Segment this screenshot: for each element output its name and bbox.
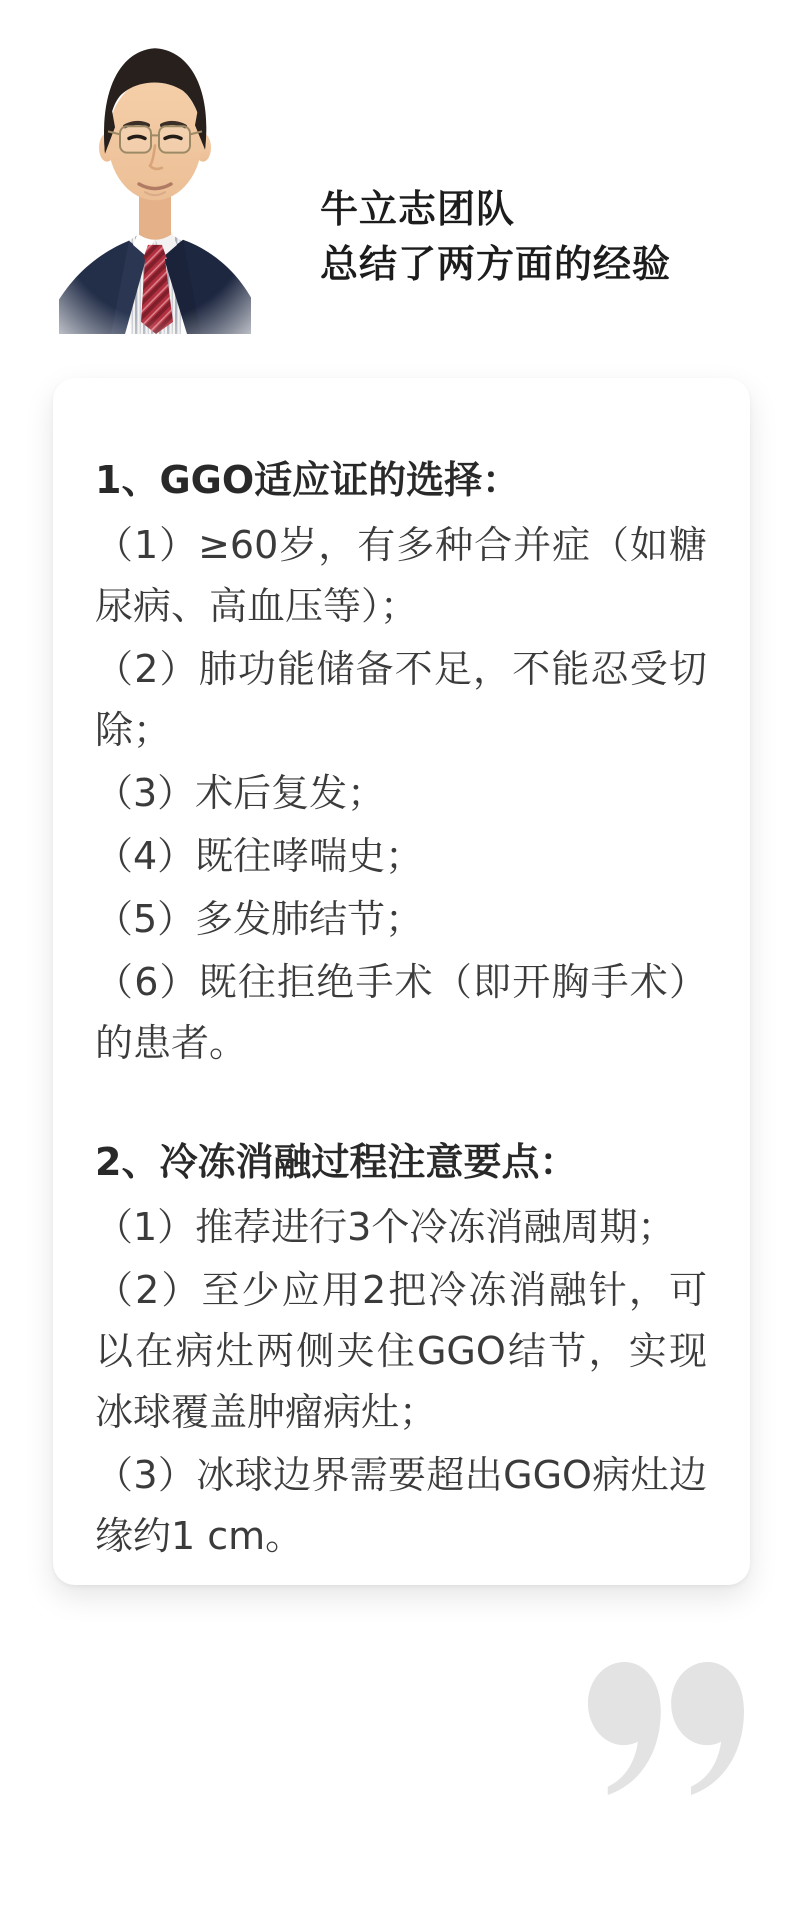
list-item: （1）≥60岁，有多种合并症（如糖尿病、高血压等）； — [95, 515, 707, 637]
closing-double-quote-icon — [588, 1662, 744, 1795]
page-title: 牛立志团队 总结了两方面的经验 — [320, 181, 671, 291]
section-ggo-indications: 1、GGO适应证的选择： （1）≥60岁，有多种合并症（如糖尿病、高血压等）； … — [95, 450, 707, 1074]
doctor-portrait-photo — [55, 30, 255, 334]
title-line-1: 牛立志团队 — [320, 181, 671, 236]
quote-glyph — [588, 1662, 744, 1795]
list-item: （1）推荐进行3个冷冻消融周期； — [95, 1197, 707, 1258]
list-item: （2）肺功能储备不足，不能忍受切除； — [95, 639, 707, 761]
section-cryoablation-points: 2、冷冻消融过程注意要点： （1）推荐进行3个冷冻消融周期； （2）至少应用2把… — [95, 1132, 707, 1567]
article-page: 牛立志团队 总结了两方面的经验 1、GGO适应证的选择： （1）≥60岁，有多种… — [0, 0, 800, 1927]
title-line-2: 总结了两方面的经验 — [320, 236, 671, 291]
section-heading: 1、GGO适应证的选择： — [95, 450, 707, 511]
content-card: 1、GGO适应证的选择： （1）≥60岁，有多种合并症（如糖尿病、高血压等）； … — [53, 378, 750, 1585]
section-heading: 2、冷冻消融过程注意要点： — [95, 1132, 707, 1193]
list-item: （3）术后复发； — [95, 763, 707, 824]
doctor-portrait-illustration — [55, 30, 255, 334]
list-item: （6）既往拒绝手术（即开胸手术）的患者。 — [95, 952, 707, 1074]
list-item: （4）既往哮喘史； — [95, 826, 707, 887]
list-item: （3）冰球边界需要超出GGO病灶边缘约1 cm。 — [95, 1445, 707, 1567]
list-item: （2）至少应用2把冷冻消融针，可以在病灶两侧夹住GGO结节，实现冰球覆盖肿瘤病灶… — [95, 1260, 707, 1443]
list-item: （5）多发肺结节； — [95, 889, 707, 950]
